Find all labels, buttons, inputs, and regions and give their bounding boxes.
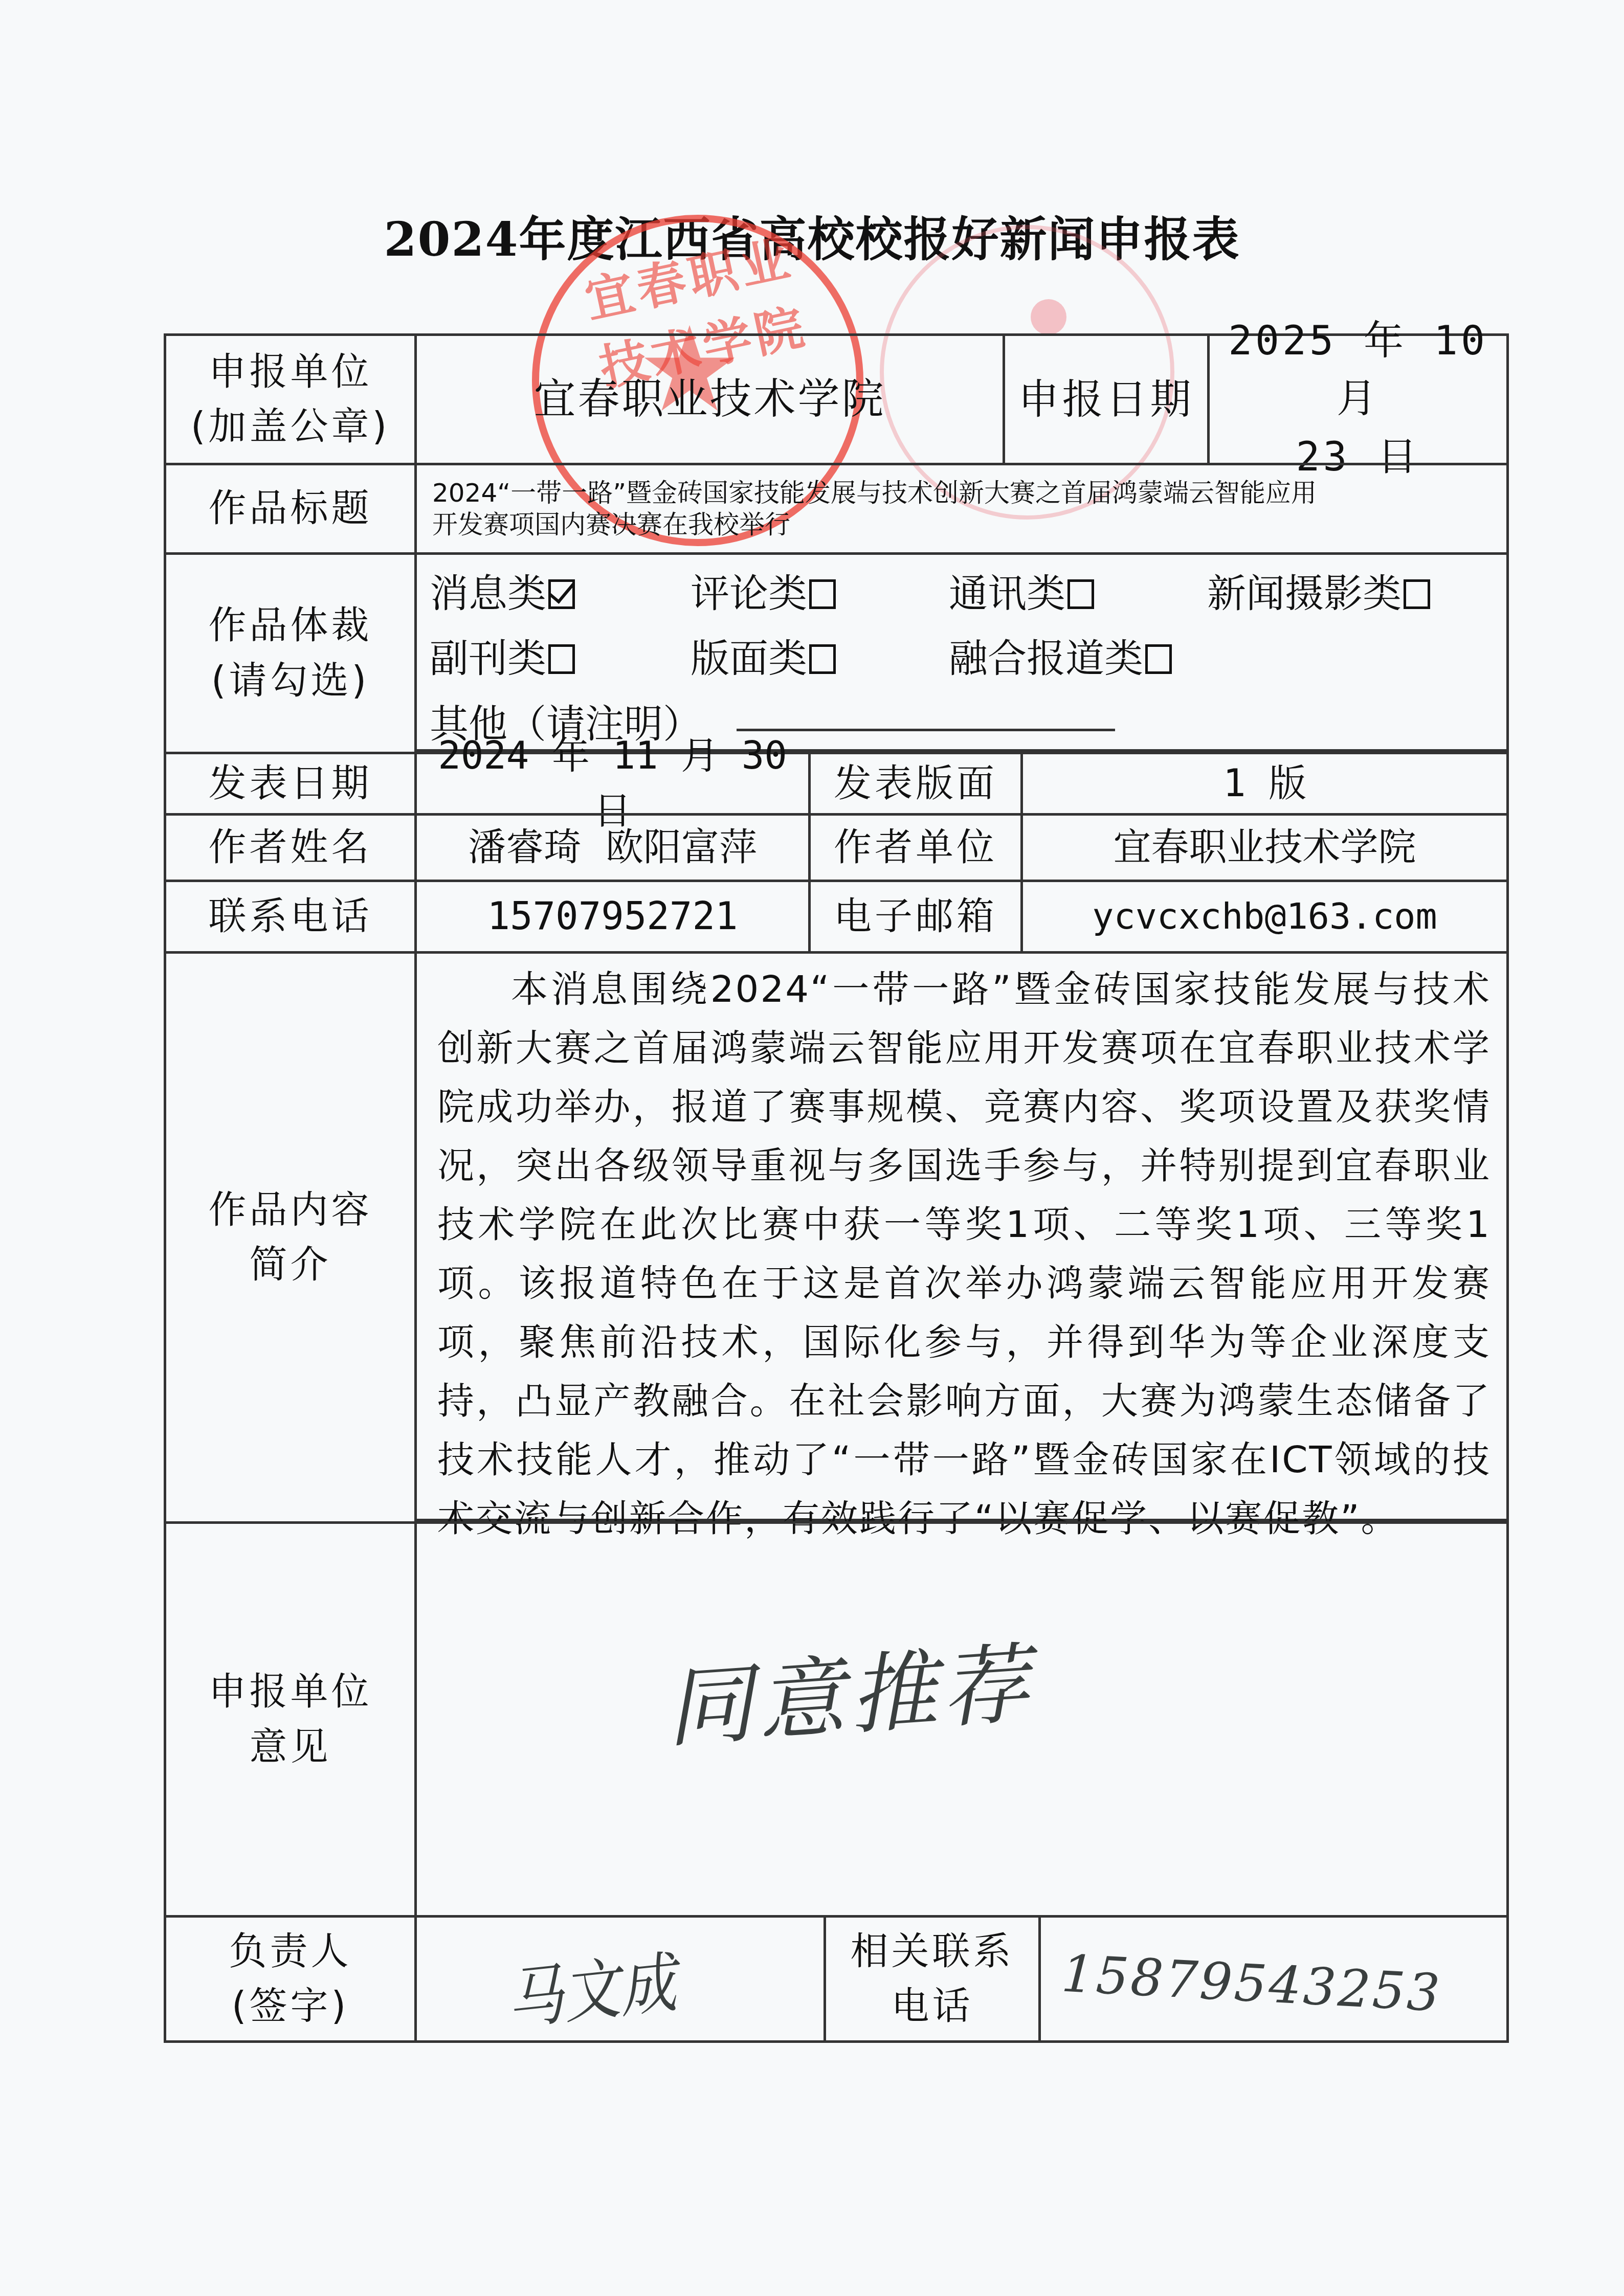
contact-phone-label-line1: 相关联系 bbox=[851, 1924, 1014, 1979]
unit-label-line2: (加盖公章) bbox=[191, 399, 390, 454]
unit-label-line1: 申报单位 bbox=[209, 345, 372, 399]
publish-page-value: 1 版 bbox=[1223, 756, 1306, 811]
author-name-value: 潘睿琦 欧阳富萍 bbox=[468, 820, 757, 875]
responsible-label: 负责人 (签字) bbox=[164, 1915, 417, 2043]
responsible-label-line2: (签字) bbox=[232, 1979, 349, 2034]
work-title-value-cell[interactable]: 2024“一带一路”暨金砖国家技能发展与技术创新大赛之首届鸿蒙端云智能应用 开发… bbox=[414, 463, 1509, 555]
author-name-label-text: 作者姓名 bbox=[209, 820, 372, 875]
genre-label: 作品体裁 (请勾选) bbox=[164, 552, 417, 754]
publish-page-label-text: 发表版面 bbox=[834, 756, 997, 811]
publish-page-label: 发表版面 bbox=[808, 752, 1023, 816]
author-unit-label: 作者单位 bbox=[808, 813, 1023, 882]
genre-label-line2: (请勾选) bbox=[211, 654, 370, 708]
phone-label-text: 联系电话 bbox=[209, 889, 372, 944]
submit-date-value-cell[interactable]: 2025 年 10 月 23 日 bbox=[1207, 333, 1509, 465]
responsible-label-line1: 负责人 bbox=[229, 1924, 352, 1979]
contact-phone-label: 相关联系 电话 bbox=[824, 1915, 1041, 2043]
genre-option-label: 消息类 bbox=[430, 571, 546, 616]
genre-option-news[interactable]: 消息类 bbox=[430, 562, 575, 618]
checkbox-empty-icon[interactable] bbox=[1145, 644, 1172, 674]
checkbox-empty-icon[interactable] bbox=[809, 644, 836, 674]
summary-label-line1: 作品内容 bbox=[209, 1183, 372, 1237]
opinion-label-line1: 申报单位 bbox=[209, 1664, 372, 1719]
genre-option-label: 评论类 bbox=[691, 571, 807, 616]
summary-text-cell[interactable]: 本消息围绕2024“一带一路”暨金砖国家技能发展与技术创新大赛之首届鸿蒙端云智能… bbox=[414, 951, 1509, 1521]
checkbox-empty-icon[interactable] bbox=[548, 644, 575, 674]
opinion-handwriting: 同意推荐 bbox=[661, 1613, 1037, 1764]
email-label-text: 电子邮箱 bbox=[834, 889, 997, 944]
checkbox-empty-icon[interactable] bbox=[1067, 579, 1094, 609]
phone-label: 联系电话 bbox=[164, 880, 417, 954]
work-title-label: 作品标题 bbox=[164, 463, 417, 555]
author-unit-value-cell[interactable]: 宜春职业技术学院 bbox=[1020, 813, 1509, 882]
publish-date-value-cell[interactable]: 2024 年 11 月 30 日 bbox=[414, 752, 811, 816]
submit-date-label: 申报日期 bbox=[1003, 333, 1210, 465]
author-unit-label-text: 作者单位 bbox=[834, 820, 997, 875]
work-title-line1: 2024“一带一路”暨金砖国家技能发展与技术创新大赛之首届鸿蒙端云智能应用 bbox=[432, 477, 1317, 509]
submit-date-label-text: 申报日期 bbox=[1018, 370, 1194, 429]
genre-option-multimedia[interactable]: 融合报道类 bbox=[949, 627, 1172, 683]
genre-option-label: 新闻摄影类 bbox=[1207, 571, 1401, 616]
checkbox-checked-icon[interactable] bbox=[548, 579, 575, 609]
checkbox-empty-icon[interactable] bbox=[1404, 579, 1430, 609]
summary-label-line2: 简介 bbox=[250, 1237, 331, 1292]
publish-date-label-text: 发表日期 bbox=[209, 756, 372, 811]
genre-option-label: 通讯类 bbox=[949, 571, 1065, 616]
author-name-label: 作者姓名 bbox=[164, 813, 417, 882]
checkbox-empty-icon[interactable] bbox=[809, 579, 836, 609]
summary-label: 作品内容 简介 bbox=[164, 951, 417, 1524]
phone-value-cell[interactable]: 15707952721 bbox=[414, 880, 811, 954]
genre-label-line1: 作品体裁 bbox=[209, 598, 372, 653]
unit-label: 申报单位 (加盖公章) bbox=[164, 333, 417, 465]
contact-phone-label-line2: 电话 bbox=[892, 1979, 973, 2034]
email-value-cell[interactable]: ycvcxchb@163.com bbox=[1020, 880, 1509, 954]
summary-text: 本消息围绕2024“一带一路”暨金砖国家技能发展与技术创新大赛之首届鸿蒙端云智能… bbox=[437, 960, 1491, 1548]
opinion-label-line2: 意见 bbox=[250, 1720, 331, 1774]
genre-option-label: 副刊类 bbox=[430, 636, 546, 681]
work-title-line2: 开发赛项国内赛决赛在我校举行 bbox=[432, 509, 790, 541]
phone-value: 15707952721 bbox=[487, 889, 738, 944]
genre-option-supplement[interactable]: 副刊类 bbox=[430, 627, 575, 683]
work-title-label-text: 作品标题 bbox=[209, 481, 372, 536]
publish-date-label: 发表日期 bbox=[164, 752, 417, 816]
submit-date-line1: 2025 年 10 月 bbox=[1210, 312, 1506, 428]
author-unit-value: 宜春职业技术学院 bbox=[1114, 820, 1416, 875]
publish-page-value-cell[interactable]: 1 版 bbox=[1020, 752, 1509, 816]
opinion-label: 申报单位 意见 bbox=[164, 1521, 417, 1918]
form-title: 2024年度江西省高校校报好新闻申报表 bbox=[0, 202, 1624, 269]
genre-option-feature[interactable]: 通讯类 bbox=[949, 562, 1094, 618]
faint-seal-star-icon bbox=[1031, 299, 1066, 335]
author-name-value-cell[interactable]: 潘睿琦 欧阳富萍 bbox=[414, 813, 811, 882]
genre-option-commentary[interactable]: 评论类 bbox=[691, 562, 836, 618]
responsible-signature: 马文成 bbox=[501, 1929, 680, 2042]
email-value: ycvcxchb@163.com bbox=[1092, 891, 1437, 943]
unit-value: 宜春职业技术学院 bbox=[533, 369, 885, 430]
genre-option-label: 融合报道类 bbox=[949, 636, 1143, 681]
genre-options: 消息类 评论类 通讯类 新闻摄影类 副刊类 版面类 融合报道类 其他（请注明） bbox=[414, 552, 1509, 752]
genre-option-layout[interactable]: 版面类 bbox=[691, 627, 836, 683]
email-label: 电子邮箱 bbox=[808, 880, 1023, 954]
genre-option-photo[interactable]: 新闻摄影类 bbox=[1207, 562, 1430, 618]
genre-option-label: 版面类 bbox=[691, 636, 807, 681]
unit-value-cell[interactable]: 宜春职业技术学院 bbox=[414, 333, 1005, 465]
